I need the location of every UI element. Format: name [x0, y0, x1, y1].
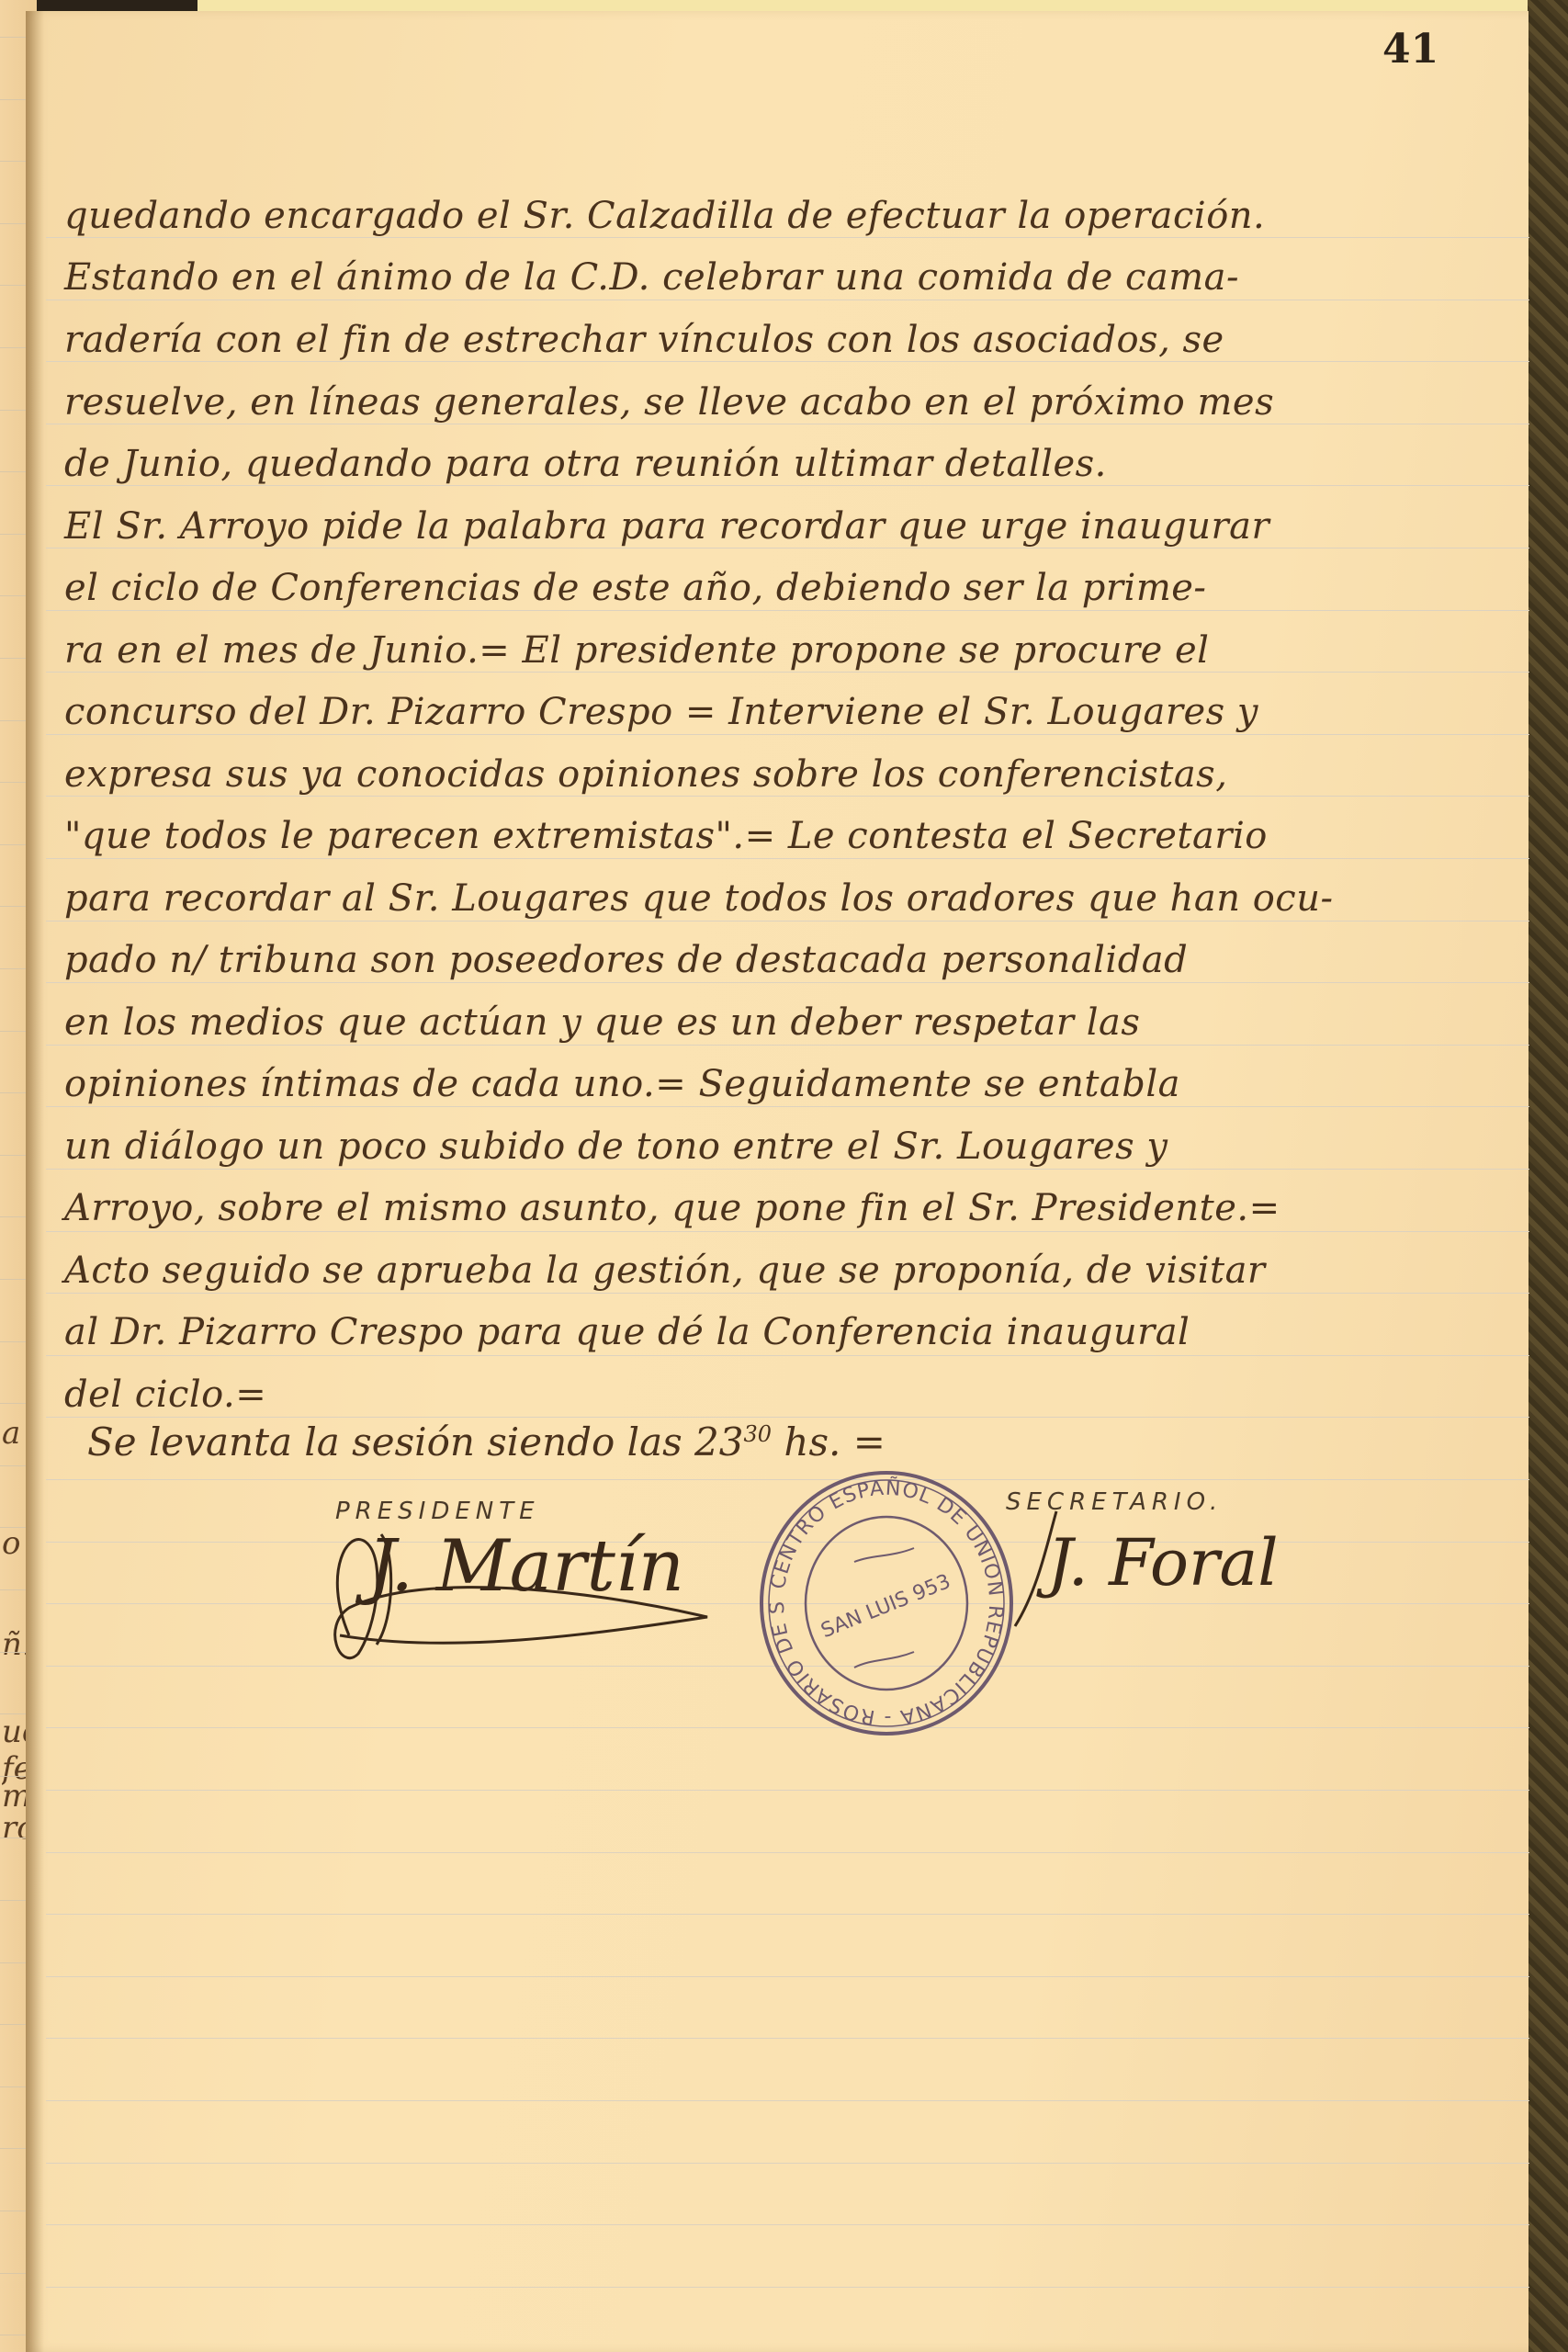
minutes-line: pado n/ tribuna son poseedores de destac…	[64, 933, 1516, 988]
minutes-line: quedando encargado el Sr. Calzadilla de …	[64, 188, 1516, 243]
minutes-line: expresa sus ya conocidas opiniones sobre…	[64, 747, 1516, 802]
minutes-line: opiniones íntimas de cada uno.= Seguidam…	[64, 1057, 1516, 1112]
gutter-shadow	[26, 11, 44, 2352]
minutes-line: del ciclo.=	[64, 1367, 1516, 1422]
closing-suffix: hs. =	[772, 1419, 886, 1464]
minutes-line: "que todos le parecen extremistas".= Le …	[64, 808, 1516, 864]
president-flourish-icon	[312, 1516, 716, 1663]
minutes-line: Acto seguido se aprueba la gestión, que …	[64, 1243, 1516, 1298]
secretary-flourish-icon	[1010, 1507, 1066, 1635]
minutes-line: de Junio, quedando para otra reunión ult…	[64, 436, 1516, 492]
secretary-signature: J. Foral	[1047, 1525, 1279, 1600]
minutes-line: Estando en el ánimo de la C.D. celebrar …	[64, 250, 1516, 305]
closing-minutes: 30	[744, 1421, 773, 1447]
ruled-line	[46, 1976, 1529, 1977]
ruled-line	[46, 2038, 1529, 2039]
association-stamp-icon: CENTRO ESPAÑOL DE UNION REPUBLICANA - RO…	[758, 1470, 1015, 1736]
stamp-inner-text: SAN LUIS 953	[818, 1570, 953, 1643]
minutes-line: en los medios que actúan y que es un deb…	[64, 995, 1516, 1050]
minutes-line: Arroyo, sobre el mismo asunto, que pone …	[64, 1181, 1516, 1236]
minutes-line: un diálogo un poco subido de tono entre …	[64, 1119, 1516, 1174]
page-number: 41	[1382, 26, 1438, 73]
ruled-line	[46, 2287, 1529, 2288]
closing-text: Se levanta la sesión siendo las 23	[87, 1419, 744, 1464]
cloth-backdrop	[1528, 0, 1568, 2352]
minutes-line: El Sr. Arroyo pide la palabra para recor…	[64, 499, 1516, 554]
closing-line: Se levanta la sesión siendo las 2330 hs.…	[87, 1419, 886, 1464]
minutes-line: resuelve, en líneas generales, se lleve …	[64, 375, 1516, 430]
ruled-line	[46, 1790, 1529, 1791]
minutes-line: para recordar al Sr. Lougares que todos …	[64, 871, 1516, 926]
ruled-line	[46, 2224, 1529, 2225]
ruled-line	[46, 2163, 1529, 2164]
minutes-line: concurso del Dr. Pizarro Crespo = Interv…	[64, 684, 1516, 740]
minutes-line: al Dr. Pizarro Crespo para que dé la Con…	[64, 1305, 1516, 1360]
ruled-line	[46, 2100, 1529, 2101]
minutes-line: ra en el mes de Junio.= El presidente pr…	[64, 623, 1516, 678]
ruled-line	[46, 1914, 1529, 1915]
minutes-line: el ciclo de Conferencias de este año, de…	[64, 560, 1516, 616]
minutes-line: radería con el fin de estrechar vínculos…	[64, 312, 1516, 367]
paper-tab	[197, 0, 1529, 11]
ruled-line	[46, 1852, 1529, 1853]
